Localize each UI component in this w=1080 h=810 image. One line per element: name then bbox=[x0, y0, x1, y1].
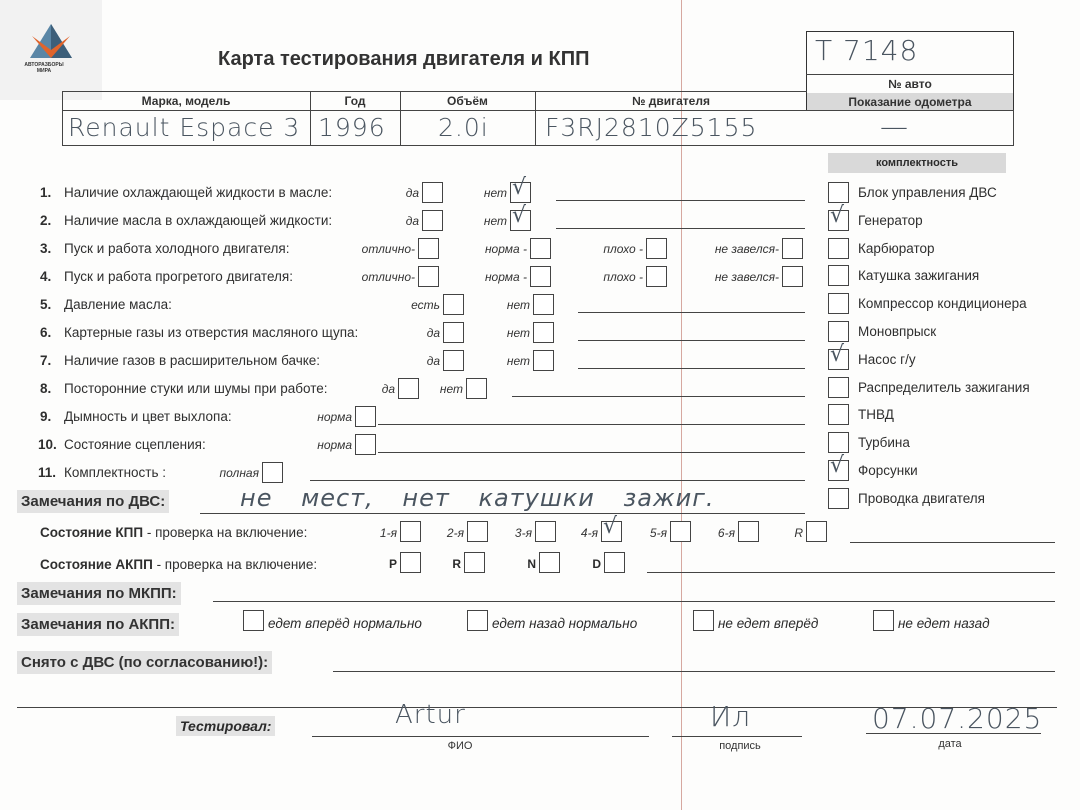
option-checkbox[interactable] bbox=[533, 322, 554, 343]
option-label: отлично- bbox=[355, 242, 415, 256]
tester-name-value[interactable]: Artur bbox=[395, 700, 466, 730]
option-label: нет bbox=[475, 326, 530, 340]
check-row-number: 2. bbox=[40, 213, 51, 228]
option-checkbox[interactable] bbox=[355, 406, 376, 427]
gear-checkbox[interactable] bbox=[535, 521, 556, 542]
komplektnost-checkbox[interactable] bbox=[828, 377, 849, 398]
check-mark-icon: √ bbox=[830, 457, 844, 475]
logo-text-line2: МИРА bbox=[14, 68, 74, 74]
date-value[interactable]: 07.07.2025 bbox=[872, 702, 1042, 735]
notes-line[interactable] bbox=[578, 368, 805, 369]
check-row-number: 9. bbox=[40, 409, 51, 424]
header-label-volume: Объём bbox=[400, 94, 535, 108]
gear-checkbox[interactable] bbox=[738, 521, 759, 542]
option-checkbox[interactable] bbox=[646, 266, 667, 287]
komplektnost-item-label: Распределитель зажигания bbox=[858, 380, 1058, 395]
header-label-model: Марка, модель bbox=[62, 94, 310, 108]
option-label: нет bbox=[475, 354, 530, 368]
akpp-remark-label: едет назад нормально bbox=[492, 616, 637, 631]
komplektnost-checkbox[interactable]: √ bbox=[828, 210, 849, 231]
option-checkbox[interactable] bbox=[782, 238, 803, 259]
akpp-remark-checkbox[interactable] bbox=[467, 610, 488, 631]
notes-line[interactable] bbox=[578, 340, 805, 341]
odometer-value: — bbox=[880, 110, 909, 143]
komplektnost-item-label: Турбина bbox=[858, 435, 1058, 450]
company-logo: АВТОРАЗБОРЫ МИРА bbox=[0, 0, 102, 100]
komplektnost-item-label: Блок управления ДВС bbox=[858, 185, 1058, 200]
odometer-label: Показание одометра bbox=[806, 95, 1014, 109]
notes-line[interactable] bbox=[556, 228, 805, 229]
komplektnost-item-label: Моновпрыск bbox=[858, 324, 1058, 339]
gear-label: 6-я bbox=[706, 526, 735, 540]
notes-line[interactable] bbox=[556, 200, 805, 201]
akpp-gear-label: N bbox=[509, 557, 536, 571]
gear-checkbox[interactable] bbox=[467, 521, 488, 542]
notes-line[interactable] bbox=[378, 424, 805, 425]
option-label: плохо - bbox=[595, 242, 643, 256]
check-row-label: Наличие масла в охлаждающей жидкости: bbox=[64, 213, 404, 228]
akpp-gear-checkbox[interactable] bbox=[464, 552, 485, 573]
option-checkbox[interactable] bbox=[533, 294, 554, 315]
komplektnost-checkbox[interactable] bbox=[828, 321, 849, 342]
notes-line[interactable] bbox=[578, 312, 805, 313]
komplektnost-checkbox[interactable]: √ bbox=[828, 460, 849, 481]
akpp-remark-checkbox[interactable] bbox=[873, 610, 894, 631]
check-row-number: 7. bbox=[40, 353, 51, 368]
komplektnost-item-label: Генератор bbox=[858, 213, 1058, 228]
komplektnost-item-label: ТНВД bbox=[858, 407, 1058, 422]
model-value: Renault Espace 3 bbox=[68, 113, 300, 142]
akpp-remark-checkbox[interactable] bbox=[693, 610, 714, 631]
check-mark-icon: √ bbox=[512, 179, 526, 197]
option-checkbox[interactable] bbox=[782, 266, 803, 287]
akpp-remark-label: не едет назад bbox=[898, 616, 990, 631]
option-label: да bbox=[385, 326, 440, 340]
check-row-number: 1. bbox=[40, 185, 51, 200]
check-row-label: Пуск и работа прогретого двигателя: bbox=[64, 269, 404, 284]
option-checkbox[interactable] bbox=[262, 462, 283, 483]
check-row-label: Состояние сцепления: bbox=[64, 437, 404, 452]
dvs-remarks-label: Замечания по ДВС: bbox=[17, 490, 169, 513]
option-checkbox[interactable] bbox=[443, 350, 464, 371]
removed-label: Снято с ДВС (по согласованию!): bbox=[17, 651, 272, 674]
komplektnost-item-label: Насос г/у bbox=[858, 352, 1058, 367]
header-label-engine-number: № двигателя bbox=[535, 94, 807, 108]
gear-label: 2-я bbox=[435, 526, 464, 540]
option-checkbox[interactable]: √ bbox=[510, 210, 531, 231]
komplektnost-checkbox[interactable]: √ bbox=[828, 349, 849, 370]
akpp-gear-label: D bbox=[574, 557, 601, 571]
akpp-gear-checkbox[interactable] bbox=[604, 552, 625, 573]
option-checkbox[interactable] bbox=[422, 210, 443, 231]
komplektnost-checkbox[interactable] bbox=[828, 404, 849, 425]
check-row-number: 4. bbox=[40, 269, 51, 284]
notes-line[interactable] bbox=[378, 452, 805, 453]
option-checkbox[interactable] bbox=[443, 322, 464, 343]
gear-label: R bbox=[774, 526, 803, 540]
option-checkbox[interactable] bbox=[443, 294, 464, 315]
check-row-label: Дымность и цвет выхлопа: bbox=[64, 409, 404, 424]
option-label: полная bbox=[210, 466, 259, 480]
komplektnost-item-label: Проводка двигателя bbox=[858, 491, 1058, 506]
check-mark-icon: √ bbox=[603, 518, 617, 536]
komplektnost-item-label: Форсунки bbox=[858, 463, 1058, 478]
akpp-label: Состояние АКПП - проверка на включение: bbox=[40, 557, 317, 572]
option-checkbox[interactable] bbox=[418, 266, 439, 287]
gear-label: 4-я bbox=[569, 526, 598, 540]
akpp-remark-label: едет вперёд нормально bbox=[268, 616, 422, 631]
check-row-label: Картерные газы из отверстия масляного щу… bbox=[64, 325, 404, 340]
option-checkbox[interactable] bbox=[530, 266, 551, 287]
check-row-number: 10. bbox=[38, 437, 57, 452]
option-label: нет bbox=[460, 186, 507, 200]
gear-checkbox[interactable]: √ bbox=[601, 521, 622, 542]
year-value: 1996 bbox=[318, 113, 386, 142]
option-label: нет bbox=[460, 214, 507, 228]
akpp-remark-checkbox[interactable] bbox=[243, 610, 264, 631]
gear-label: 5-я bbox=[638, 526, 667, 540]
check-row-number: 8. bbox=[40, 381, 51, 396]
check-row-label: Наличие охлаждающей жидкости в масле: bbox=[64, 185, 404, 200]
komplektnost-item-label: Карбюратор bbox=[858, 241, 1058, 256]
check-row-label: Наличие газов в расширительном бачке: bbox=[64, 353, 404, 368]
option-checkbox[interactable] bbox=[533, 350, 554, 371]
option-label: да bbox=[355, 214, 419, 228]
akpp-remark-label: не едет вперёд bbox=[718, 616, 818, 631]
komplektnost-item-label: Катушка зажигания bbox=[858, 268, 1058, 283]
komplektnost-checkbox[interactable] bbox=[828, 488, 849, 509]
check-mark-icon: √ bbox=[830, 346, 844, 364]
page-title: Карта тестирования двигателя и КПП bbox=[218, 48, 589, 71]
option-checkbox[interactable] bbox=[418, 238, 439, 259]
komplektnost-checkbox[interactable] bbox=[828, 265, 849, 286]
komplektnost-title: комплектность bbox=[828, 153, 1006, 173]
check-row-number: 6. bbox=[40, 325, 51, 340]
date-caption: дата bbox=[920, 738, 980, 750]
option-checkbox[interactable] bbox=[530, 238, 551, 259]
option-label: норма - bbox=[475, 242, 527, 256]
komplektnost-checkbox[interactable] bbox=[828, 182, 849, 203]
kpp-label: Состояние КПП - проверка на включение: bbox=[40, 525, 307, 540]
car-number-value: Т 7148 bbox=[815, 34, 918, 67]
option-label: плохо - bbox=[595, 270, 643, 284]
name-caption: ФИО bbox=[430, 740, 490, 752]
option-label: отлично- bbox=[355, 270, 415, 284]
mkpp-remarks-label: Замечания по МКПП: bbox=[17, 582, 181, 605]
tested-by-label: Тестировал: bbox=[176, 716, 275, 736]
akpp-gear-checkbox[interactable] bbox=[400, 552, 421, 573]
option-checkbox[interactable] bbox=[422, 182, 443, 203]
option-checkbox[interactable] bbox=[646, 238, 667, 259]
option-label: да bbox=[355, 186, 419, 200]
option-label: нет bbox=[475, 298, 530, 312]
engine-number-value: F3RJ2810Z5155 bbox=[545, 113, 757, 142]
option-checkbox[interactable] bbox=[466, 378, 487, 399]
header-label-year: Год bbox=[310, 94, 400, 108]
option-checkbox[interactable]: √ bbox=[510, 182, 531, 203]
dvs-remarks-value[interactable]: не мест, нет катушки зажиг. bbox=[240, 484, 714, 512]
akpp-gear-label: P bbox=[370, 557, 397, 571]
notes-line[interactable] bbox=[310, 480, 805, 481]
check-row-label: Давление масла: bbox=[64, 297, 404, 312]
check-row-number: 3. bbox=[40, 241, 51, 256]
signature-value[interactable]: Ил bbox=[710, 700, 751, 733]
komplektnost-checkbox[interactable] bbox=[828, 432, 849, 453]
option-label: не завелся- bbox=[700, 270, 779, 284]
akpp-gear-checkbox[interactable] bbox=[539, 552, 560, 573]
option-label: да bbox=[350, 382, 395, 396]
gear-checkbox[interactable] bbox=[400, 521, 421, 542]
option-label: норма bbox=[310, 438, 352, 452]
option-label: норма bbox=[310, 410, 352, 424]
check-row-label: Пуск и работа холодного двигателя: bbox=[64, 241, 404, 256]
logo-mountain-icon bbox=[28, 22, 74, 60]
signature-caption: подпись bbox=[700, 740, 780, 752]
check-mark-icon: √ bbox=[830, 207, 844, 225]
check-mark-icon: √ bbox=[512, 207, 526, 225]
check-row-number: 5. bbox=[40, 297, 51, 312]
akpp-gear-label: R bbox=[434, 557, 461, 571]
komplektnost-item-label: Компрессор кондиционера bbox=[858, 296, 1058, 311]
option-checkbox[interactable] bbox=[355, 434, 376, 455]
option-label: нет bbox=[405, 382, 463, 396]
option-label: не завелся- bbox=[700, 242, 779, 256]
option-label: норма - bbox=[475, 270, 527, 284]
komplektnost-checkbox[interactable] bbox=[828, 238, 849, 259]
notes-line[interactable] bbox=[512, 396, 805, 397]
gear-label: 3-я bbox=[503, 526, 532, 540]
option-label: да bbox=[385, 354, 440, 368]
car-number-label: № авто bbox=[806, 77, 1014, 91]
volume-value: 2.0i bbox=[438, 113, 489, 142]
option-label: есть bbox=[385, 298, 440, 312]
gear-label: 1-я bbox=[368, 526, 397, 540]
check-row-number: 11. bbox=[38, 465, 56, 480]
komplektnost-checkbox[interactable] bbox=[828, 293, 849, 314]
gear-checkbox[interactable] bbox=[670, 521, 691, 542]
akpp-remarks-label: Замечания по АКПП: bbox=[17, 613, 179, 636]
gear-checkbox[interactable] bbox=[806, 521, 827, 542]
